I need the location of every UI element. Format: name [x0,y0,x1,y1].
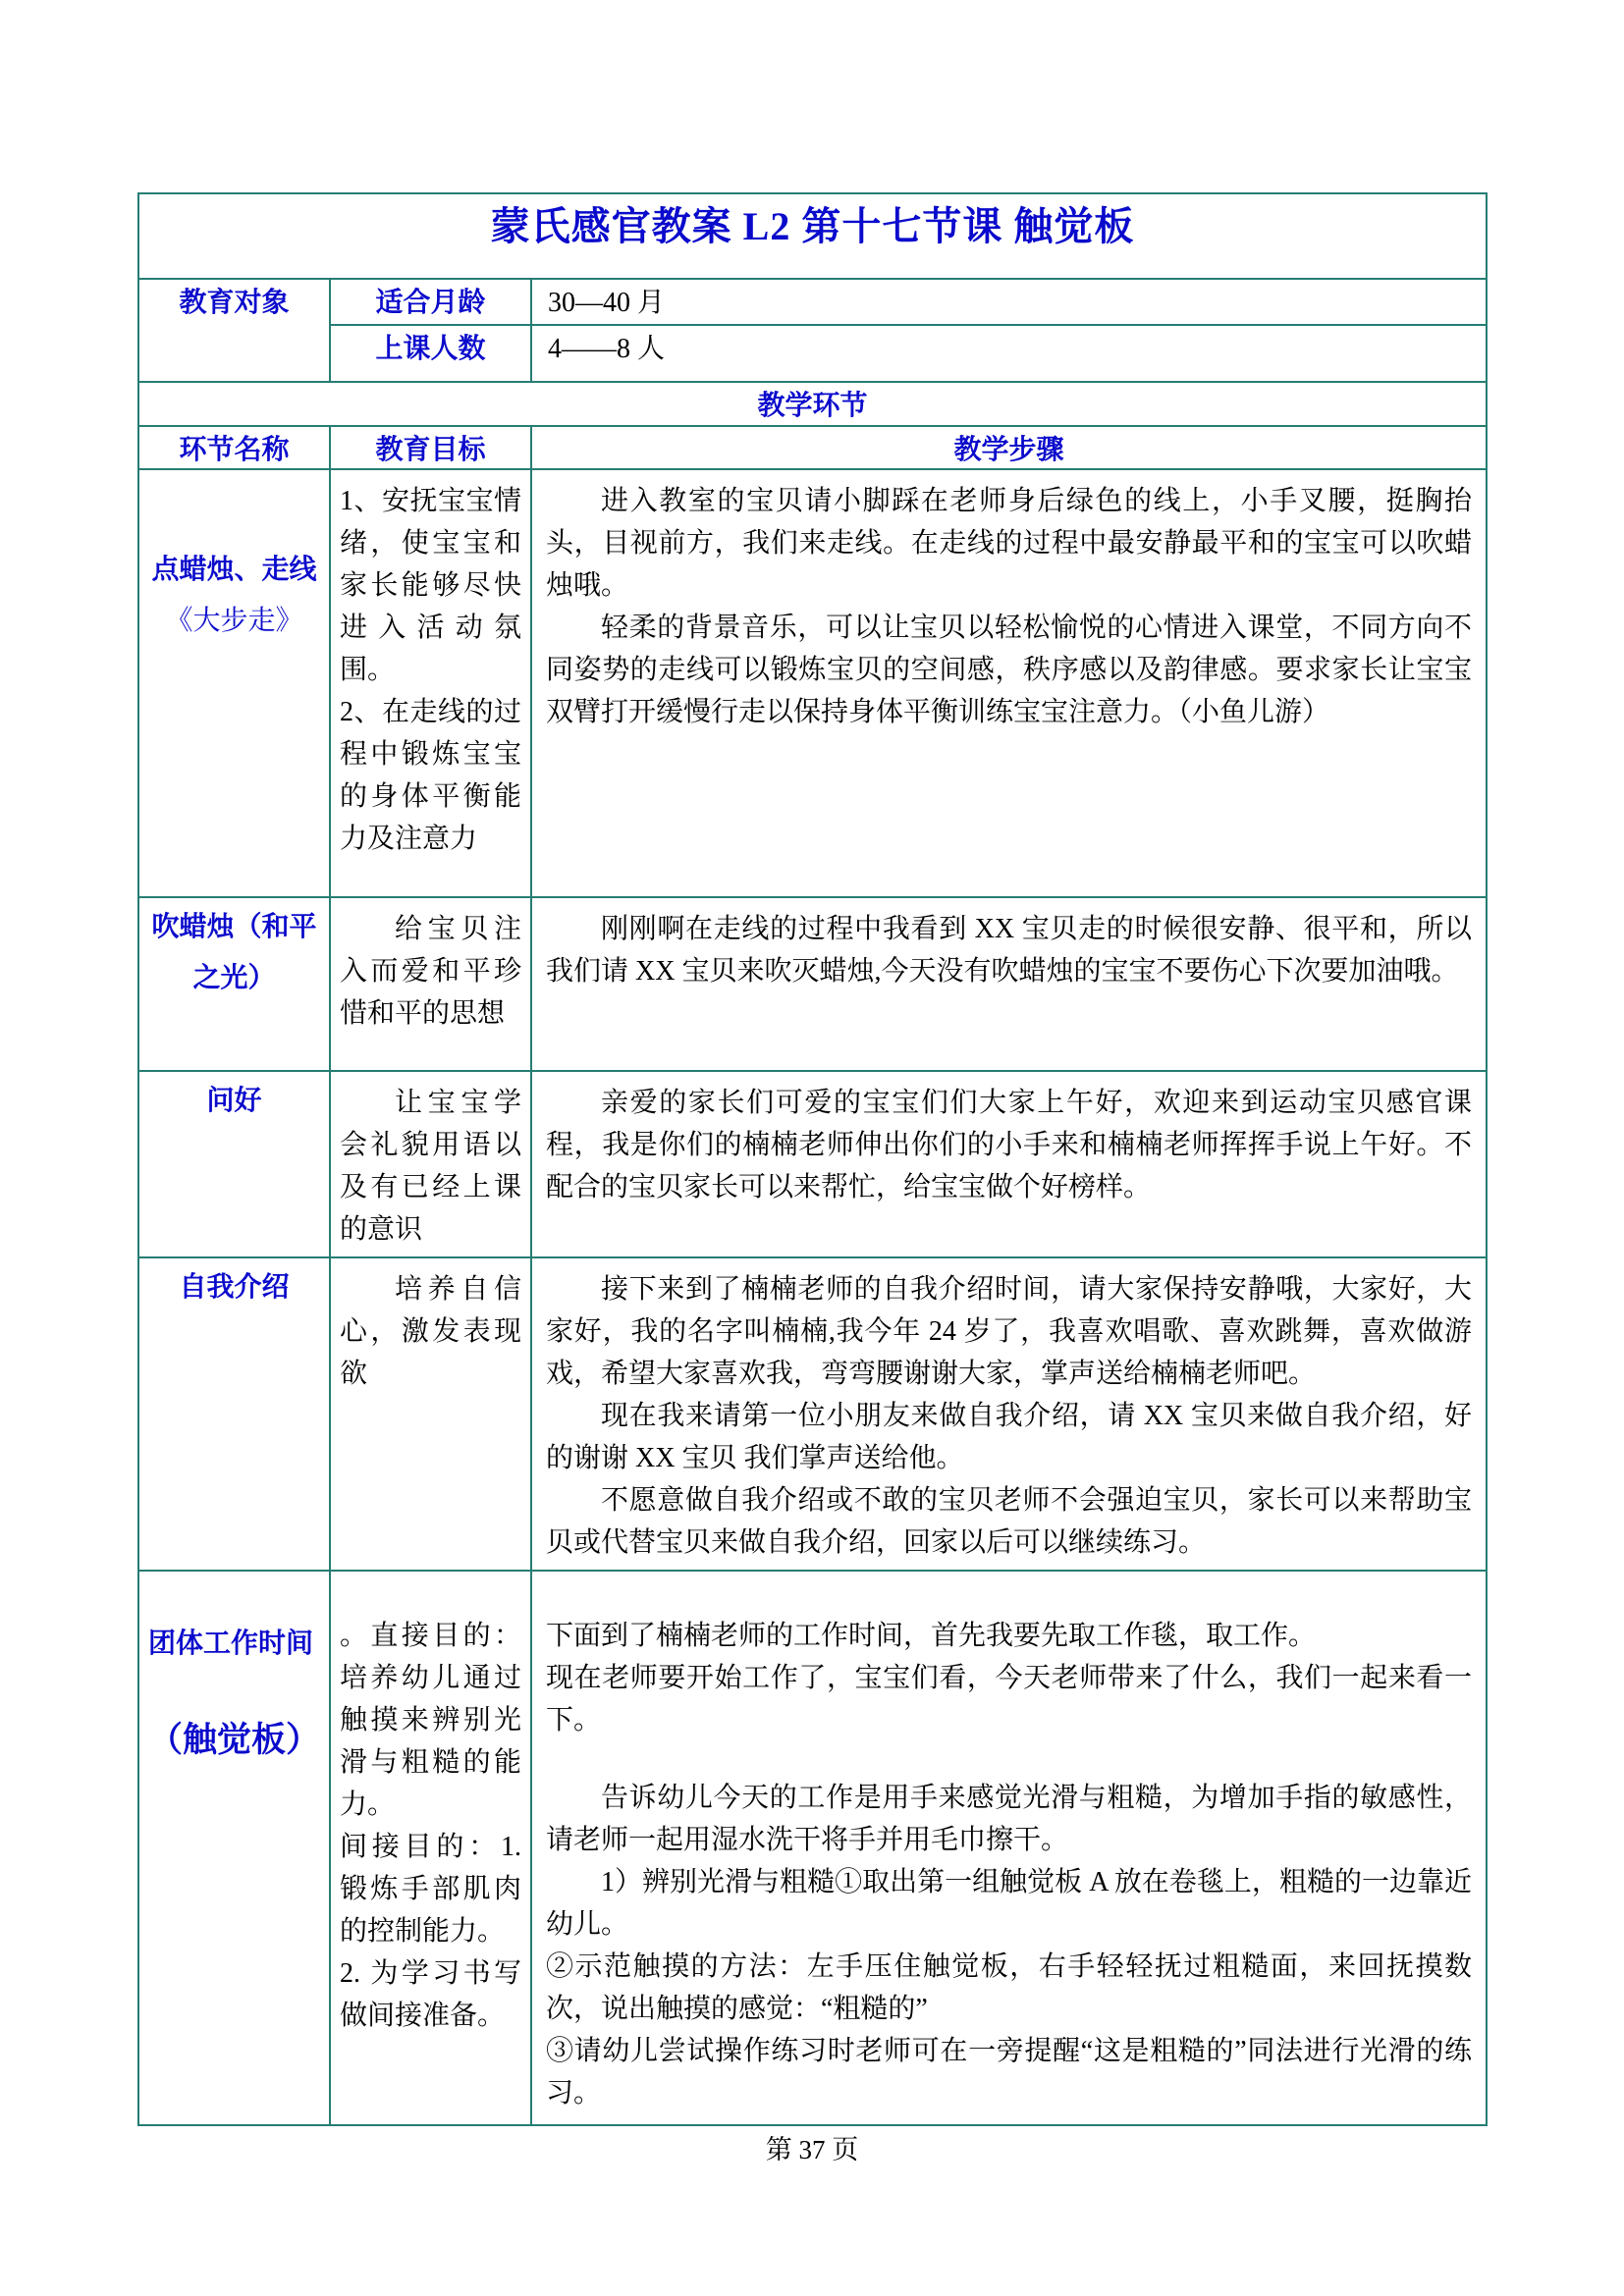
step-paragraph: 告诉幼儿今天的工作是用手来感觉光滑与粗糙，为增加手指的敏感性，请老师一起用湿水洗… [546,1777,1472,1861]
class-size-value: 4——8 人 [531,325,1487,382]
blank-line [546,1741,1472,1777]
steps-cell: 进入教室的宝贝请小脚踩在老师身后绿色的线上，小手叉腰，挺胸抬头，目视前方，我们来… [531,469,1487,897]
step-paragraph: 轻柔的背景音乐，可以让宝贝以轻松愉悦的心情进入课堂，不同方向不同姿势的走线可以锻… [546,607,1472,733]
class-size-label: 上课人数 [330,325,531,382]
age-value: 30—40 月 [531,279,1487,325]
goal-paragraph: 。直接目的：培养幼儿通过触摸来辨别光滑与粗糙的能力。 [340,1615,521,1826]
goal-cell: 让宝宝学会礼貌用语以及有已经上课的意识 [330,1071,531,1257]
column-header-name: 环节名称 [138,426,330,469]
steps-cell: 亲爱的家长们可爱的宝宝们们大家上午好，欢迎来到运动宝贝感官课程，我是你们的楠楠老… [531,1071,1487,1257]
goal-cell: 给宝贝注入而爱和平珍惜和平的思想 [330,897,531,1071]
steps-cell: 接下来到了楠楠老师的自我介绍时间，请大家保持安静哦，大家好，大家好，我的名字叫楠… [531,1257,1487,1571]
table-row: 自我介绍 培养自信心，激发表现欲 接下来到了楠楠老师的自我介绍时间，请大家保持安… [138,1257,1487,1571]
page-number: 第 37 页 [0,2128,1624,2166]
step-paragraph: 现在我来请第一位小朋友来做自我介绍，请 XX 宝贝来做自我介绍，好的谢谢 XX … [546,1395,1472,1479]
audience-header: 教育对象 [138,279,330,382]
steps-cell: 下面到了楠楠老师的工作时间，首先我要先取工作毯，取工作。 现在老师要开始工作了，… [531,1571,1487,2125]
step-paragraph: 现在老师要开始工作了，宝宝们看，今天老师带来了什么，我们一起来看一下。 [546,1657,1472,1741]
column-header-goal: 教育目标 [330,426,531,469]
column-header-steps: 教学步骤 [531,426,1487,469]
goal-paragraph: 让宝宝学会礼貌用语以及有已经上课的意识 [340,1082,521,1251]
step-paragraph: ③请幼儿尝试操作练习时老师可在一旁提醒“这是粗糙的”同法进行光滑的练习。 [546,2030,1472,2114]
stage-name-cell: 吹蜡烛（和平之光） [138,897,330,1071]
step-paragraph: 刚刚啊在走线的过程中我看到 XX 宝贝走的时候很安静、很平和，所以我们请 XX … [546,908,1472,992]
table-row: 点蜡烛、走线 《大步走》 1、安抚宝宝情绪，使宝宝和家长能够尽快进入活动氛围。 … [138,469,1487,897]
step-paragraph: 进入教室的宝贝请小脚踩在老师身后绿色的线上，小手叉腰，挺胸抬头，目视前方，我们来… [546,480,1472,607]
step-paragraph: 亲爱的家长们可爱的宝宝们们大家上午好，欢迎来到运动宝贝感官课程，我是你们的楠楠老… [546,1082,1472,1208]
section-title: 教学环节 [138,382,1487,426]
step-paragraph: 接下来到了楠楠老师的自我介绍时间，请大家保持安静哦，大家好，大家好，我的名字叫楠… [546,1268,1472,1395]
goal-paragraph: 给宝贝注入而爱和平珍惜和平的思想 [340,908,521,1035]
step-paragraph: ②示范触摸的方法：左手压住触觉板，右手轻轻抚过粗糙面，来回抚摸数次，说出触摸的感… [546,1946,1472,2030]
step-paragraph: 1）辨别光滑与粗糙①取出第一组触觉板 A 放在卷毯上，粗糙的一边靠近幼儿。 [546,1861,1472,1946]
table-row: 吹蜡烛（和平之光） 给宝贝注入而爱和平珍惜和平的思想 刚刚啊在走线的过程中我看到… [138,897,1487,1071]
age-label: 适合月龄 [330,279,531,325]
stage-name-cell: 问好 [138,1071,330,1257]
goal-paragraph: 2、在走线的过程中锻炼宝宝的身体平衡能力及注意力 [340,691,521,860]
step-paragraph: 下面到了楠楠老师的工作时间，首先我要先取工作毯，取工作。 [546,1615,1472,1657]
page-title: 蒙氏感官教案 L2 第十七节课 触觉板 [138,193,1487,279]
stage-name-cell: 自我介绍 [138,1257,330,1571]
goal-cell: 培养自信心，激发表现欲 [330,1257,531,1571]
goal-paragraph: 培养自信心，激发表现欲 [340,1268,521,1395]
table-row: 团体工作时间 （触觉板） 。直接目的：培养幼儿通过触摸来辨别光滑与粗糙的能力。 … [138,1571,1487,2125]
steps-cell: 刚刚啊在走线的过程中我看到 XX 宝贝走的时候很安静、很平和，所以我们请 XX … [531,897,1487,1071]
stage-name-cell: 点蜡烛、走线 《大步走》 [138,469,330,897]
stage-name-line: 点蜡烛、走线 [147,545,321,596]
step-paragraph: 不愿意做自我介绍或不敢的宝贝老师不会强迫宝贝，家长可以来帮助宝贝或代替宝贝来做自… [546,1479,1472,1564]
goal-paragraph: 1、安抚宝宝情绪，使宝宝和家长能够尽快进入活动氛围。 [340,480,521,691]
stage-name-subtitle: （触觉板） [148,1715,320,1766]
lesson-plan-table: 蒙氏感官教案 L2 第十七节课 触觉板 教育对象 适合月龄 30—40 月 上课… [137,192,1488,2126]
goal-paragraph: 间接目的：1. 锻炼手部肌肉的控制能力。 [340,1826,521,1952]
stage-name-cell: 团体工作时间 （触觉板） [138,1571,330,2125]
table-row: 问好 让宝宝学会礼貌用语以及有已经上课的意识 亲爱的家长们可爱的宝宝们们大家上午… [138,1071,1487,1257]
stage-name-line: 《大步走》 [147,596,321,647]
goal-cell: 1、安抚宝宝情绪，使宝宝和家长能够尽快进入活动氛围。 2、在走线的过程中锻炼宝宝… [330,469,531,897]
goal-paragraph: 2. 为学习书写做间接准备。 [340,1952,521,2037]
goal-cell: 。直接目的：培养幼儿通过触摸来辨别光滑与粗糙的能力。 间接目的：1. 锻炼手部肌… [330,1571,531,2125]
stage-name-line: 团体工作时间 [148,1619,320,1670]
